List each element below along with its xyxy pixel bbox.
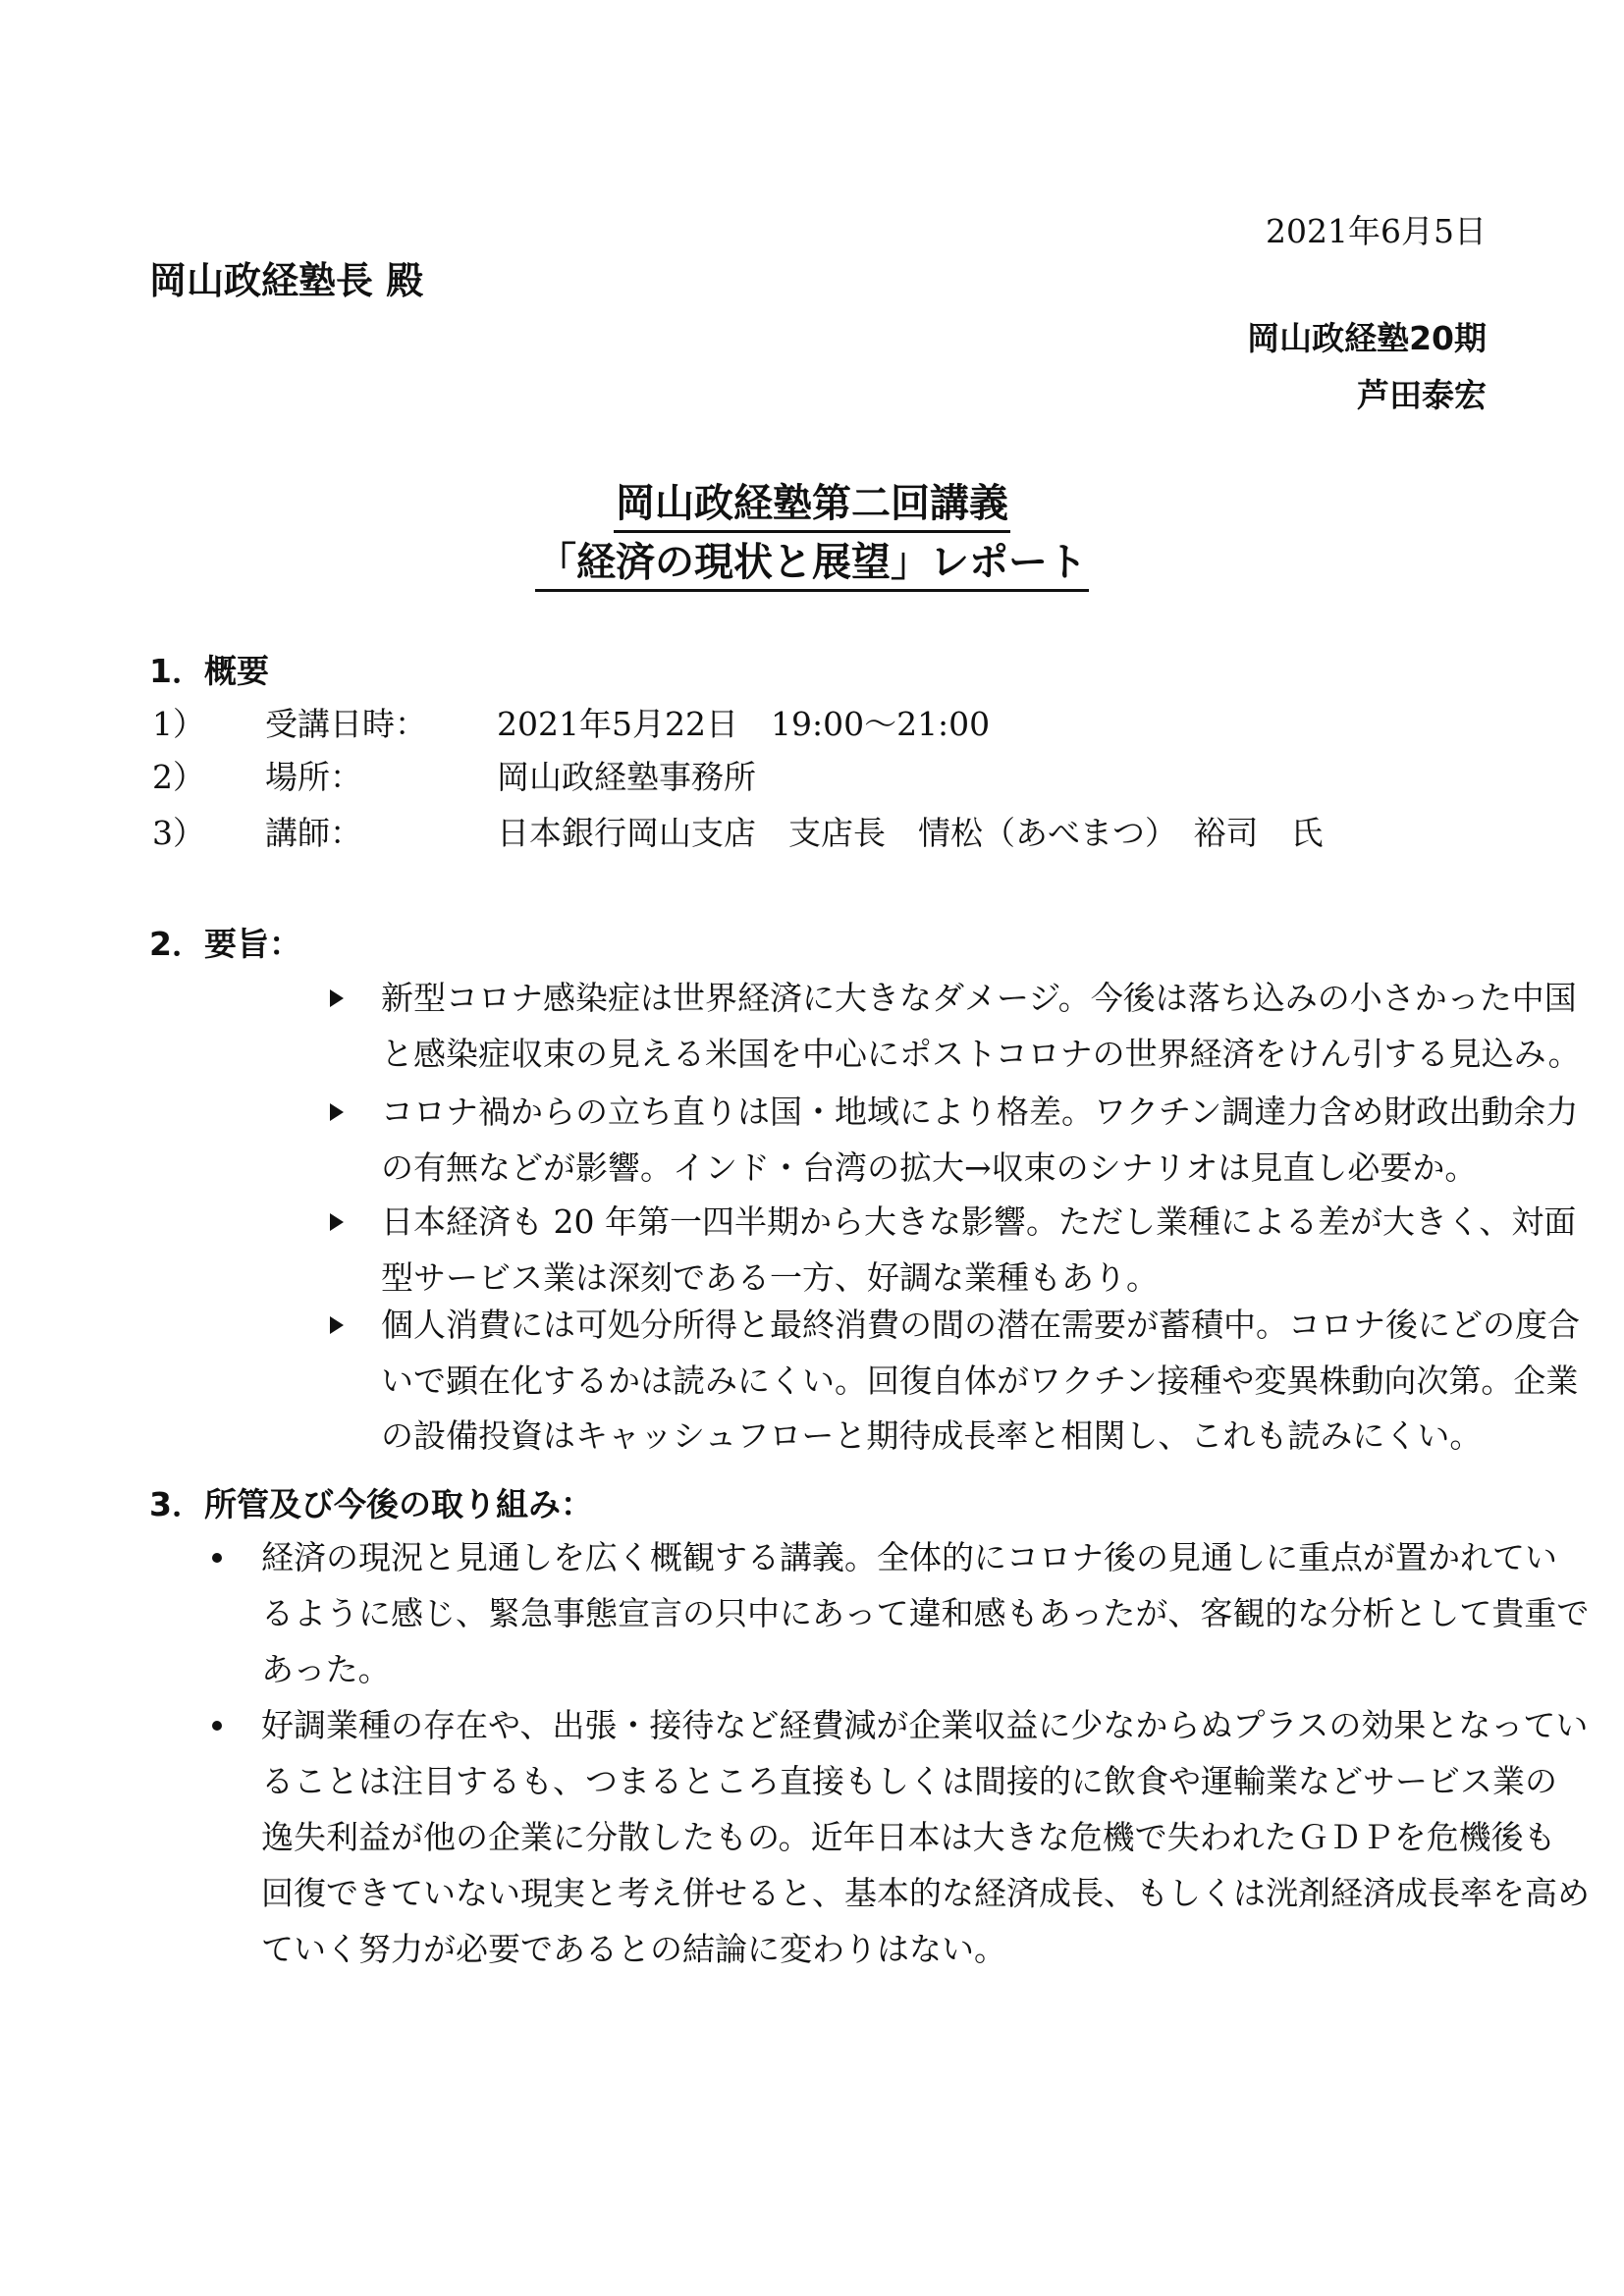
row-label: 場所： — [265, 758, 362, 797]
arrow-bullet-icon — [330, 1316, 344, 1334]
bullet-line: の有無などが影響。インド・台湾の拡大→収束のシナリオは見直し必要か。 — [381, 1148, 1477, 1188]
bullet-line: 好調業種の存在や、出張・接待など経費減が企業収益に少なからぬプラスの効果となって… — [261, 1706, 1588, 1745]
bullet-line: 新型コロナ感染症は世界経済に大きなダメージ。今後は落ち込みの小さかった中国 — [381, 979, 1577, 1018]
sender-org: 岡山政経塾20期 — [1247, 319, 1487, 358]
row-number: 3） — [152, 814, 205, 853]
bullet-line: 型サービス業は深刻である一方、好調な業種もあり。 — [381, 1258, 1159, 1298]
bullet-line: 経済の現況と見通しを広く概観する講義。全体的にコロナ後の見通しに重点が置かれてい — [261, 1538, 1557, 1577]
addressee: 岡山政経塾長 殿 — [149, 257, 423, 304]
arrow-bullet-icon — [330, 989, 344, 1007]
row-number: 1） — [152, 705, 205, 744]
bullet-dot-icon — [212, 1553, 222, 1563]
title-line1: 岡山政経塾第二回講義 — [614, 479, 1010, 533]
bullet-line: 日本経済も 20 年第一四半期から大きな影響。ただし業種による差が大きく、対面 — [381, 1202, 1576, 1242]
arrow-bullet-icon — [330, 1213, 344, 1231]
sender-name: 芦田泰宏 — [1357, 376, 1487, 415]
bullet-line: と感染症収束の見える米国を中心にポストコロナの世界経済をけん引する見込み。 — [381, 1035, 1581, 1074]
row-value: 2021年5月22日 19:00～21:00 — [497, 705, 990, 744]
bullet-line: るように感じ、緊急事態宣言の只中にあって違和感もあったが、客観的な分析として貴重… — [261, 1594, 1589, 1633]
row-value: 岡山政経塾事務所 — [497, 758, 756, 797]
bullet-line: ていく努力が必要であるとの結論に変わりはない。 — [261, 1930, 1006, 1969]
bullet-line: いで顕在化するかは読みにくい。回復自体がワクチン接種や変異株動向次第。企業 — [381, 1362, 1578, 1401]
bullet-line: ることは注目するも、つまるところ直接もしくは間接的に飲食や運輸業などサービス業の — [261, 1762, 1557, 1801]
arrow-bullet-icon — [330, 1103, 344, 1121]
row-label: 講師： — [265, 814, 362, 853]
section2-heading: 2．要旨： — [149, 925, 301, 964]
section1-heading: 1．概要 — [149, 652, 269, 691]
row-label: 受講日時： — [265, 705, 427, 744]
bullet-line: の設備投資はキャッシュフローと期待成長率と相関し、これも読みにくい。 — [381, 1416, 1482, 1456]
title-line2-wrap: 「経済の現状と展望」レポート — [0, 538, 1624, 592]
report-date: 2021年6月5日 — [1266, 212, 1487, 251]
row-number: 2） — [152, 758, 205, 797]
title-line1-wrap: 岡山政経塾第二回講義 — [0, 479, 1624, 533]
bullet-line: コロナ禍からの立ち直りは国・地域により格差。ワクチン調達力含め財政出動余力 — [381, 1093, 1578, 1132]
bullet-line: 個人消費には可処分所得と最終消費の間の潜在需要が蓄積中。コロナ後にどの度合 — [381, 1306, 1580, 1345]
title-line2: 「経済の現状と展望」レポート — [535, 538, 1089, 592]
bullet-line: 逸失利益が他の企業に分散したもの。近年日本は大きな危機で失われたＧＤＰを危機後も — [261, 1818, 1556, 1857]
bullet-line: あった。 — [261, 1650, 391, 1689]
bullet-line: 回復できていない現実と考え併せると、基本的な経済成長、もしくは洸剤経済成長率を高… — [261, 1874, 1590, 1913]
bullet-dot-icon — [212, 1721, 222, 1731]
section3-heading: 3．所管及び今後の取り組み： — [149, 1485, 593, 1524]
row-value: 日本銀行岡山支店 支店長 情松（あべまつ） 裕司 氏 — [497, 814, 1324, 853]
